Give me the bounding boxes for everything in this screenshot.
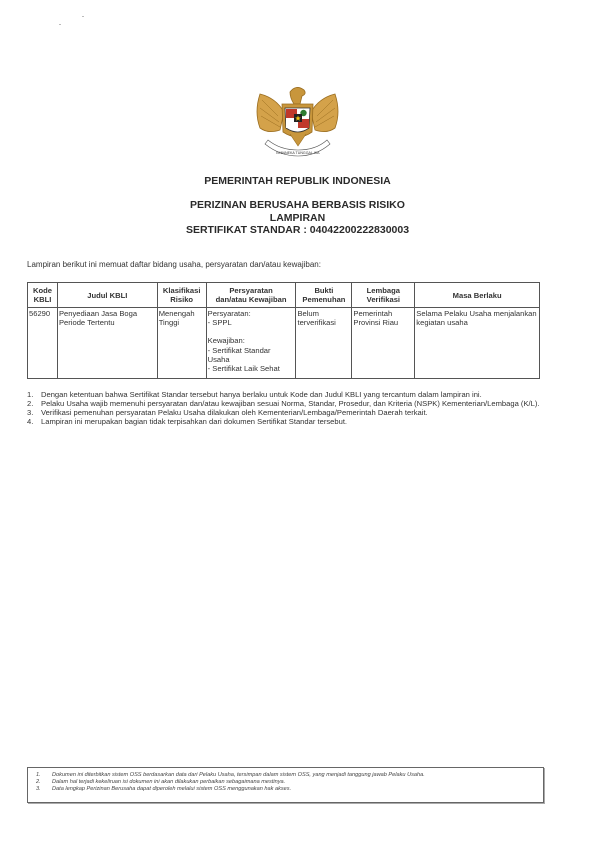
footer-item: 1.Dokumen ini diterbitkan sistem OSS ber… — [28, 772, 543, 779]
kbli-table: KodeKBLI Judul KBLI KlasifikasiRisiko Pe… — [27, 282, 540, 379]
header-kode-kbli: KodeKBLI — [28, 283, 58, 308]
footer-item: 2.Dalam hal terjadi kekeliruan isi dokum… — [28, 779, 543, 786]
footer-disclaimer-box: 1.Dokumen ini diterbitkan sistem OSS ber… — [27, 767, 544, 803]
cell-klasifikasi-risiko: Menengah Tinggi — [157, 308, 206, 379]
title-line-2: LAMPIRAN — [0, 212, 595, 225]
header-lembaga-verifikasi: LembagaVerifikasi — [352, 283, 415, 308]
note-item: 2.Pelaku Usaha wajib memenuhi persyarata… — [27, 399, 557, 408]
cell-bukti-pemenuhan: Belum terverifikasi — [296, 308, 352, 379]
scan-speck — [82, 16, 84, 17]
footer-item: 3.Data lengkap Perizinan Berusaha dapat … — [28, 786, 543, 793]
document-title: PERIZINAN BERUSAHA BERBASIS RISIKO LAMPI… — [0, 199, 595, 237]
cell-masa-berlaku: Selama Pelaku Usaha menjalankan kegiatan… — [415, 308, 540, 379]
scan-speck — [59, 24, 61, 25]
government-heading: PEMERINTAH REPUBLIK INDONESIA — [0, 175, 595, 187]
note-item: 3.Verifikasi pemenuhan persyaratan Pelak… — [27, 408, 557, 417]
notes-list: 1.Dengan ketentuan bahwa Sertifikat Stan… — [27, 390, 557, 426]
cell-judul-kbli: Penyediaan Jasa Boga Periode Tertentu — [57, 308, 157, 379]
header-bukti-pemenuhan: BuktiPemenuhan — [296, 283, 352, 308]
garuda-pancasila-emblem-icon: BHINNEKA TUNGGAL IKA — [250, 82, 345, 160]
table-row: 56290 Penyediaan Jasa Boga Periode Terte… — [28, 308, 540, 379]
header-persyaratan: Persyaratandan/atau Kewajiban — [206, 283, 296, 308]
note-item: 1.Dengan ketentuan bahwa Sertifikat Stan… — [27, 390, 557, 399]
cell-lembaga-verifikasi: Pemerintah Provinsi Riau — [352, 308, 415, 379]
svg-text:BHINNEKA TUNGGAL IKA: BHINNEKA TUNGGAL IKA — [276, 151, 320, 155]
cell-persyaratan: Persyaratan: - SPPL Kewajiban: - Sertifi… — [206, 308, 296, 379]
title-line-1: PERIZINAN BERUSAHA BERBASIS RISIKO — [0, 199, 595, 212]
header-klasifikasi-risiko: KlasifikasiRisiko — [157, 283, 206, 308]
note-item: 4.Lampiran ini merupakan bagian tidak te… — [27, 417, 557, 426]
header-judul-kbli: Judul KBLI — [57, 283, 157, 308]
certificate-number: SERTIFIKAT STANDAR : 04042200222830003 — [0, 224, 595, 237]
intro-text: Lampiran berikut ini memuat daftar bidan… — [27, 260, 321, 269]
header-masa-berlaku: Masa Berlaku — [415, 283, 540, 308]
cell-kode-kbli: 56290 — [28, 308, 58, 379]
table-header-row: KodeKBLI Judul KBLI KlasifikasiRisiko Pe… — [28, 283, 540, 308]
